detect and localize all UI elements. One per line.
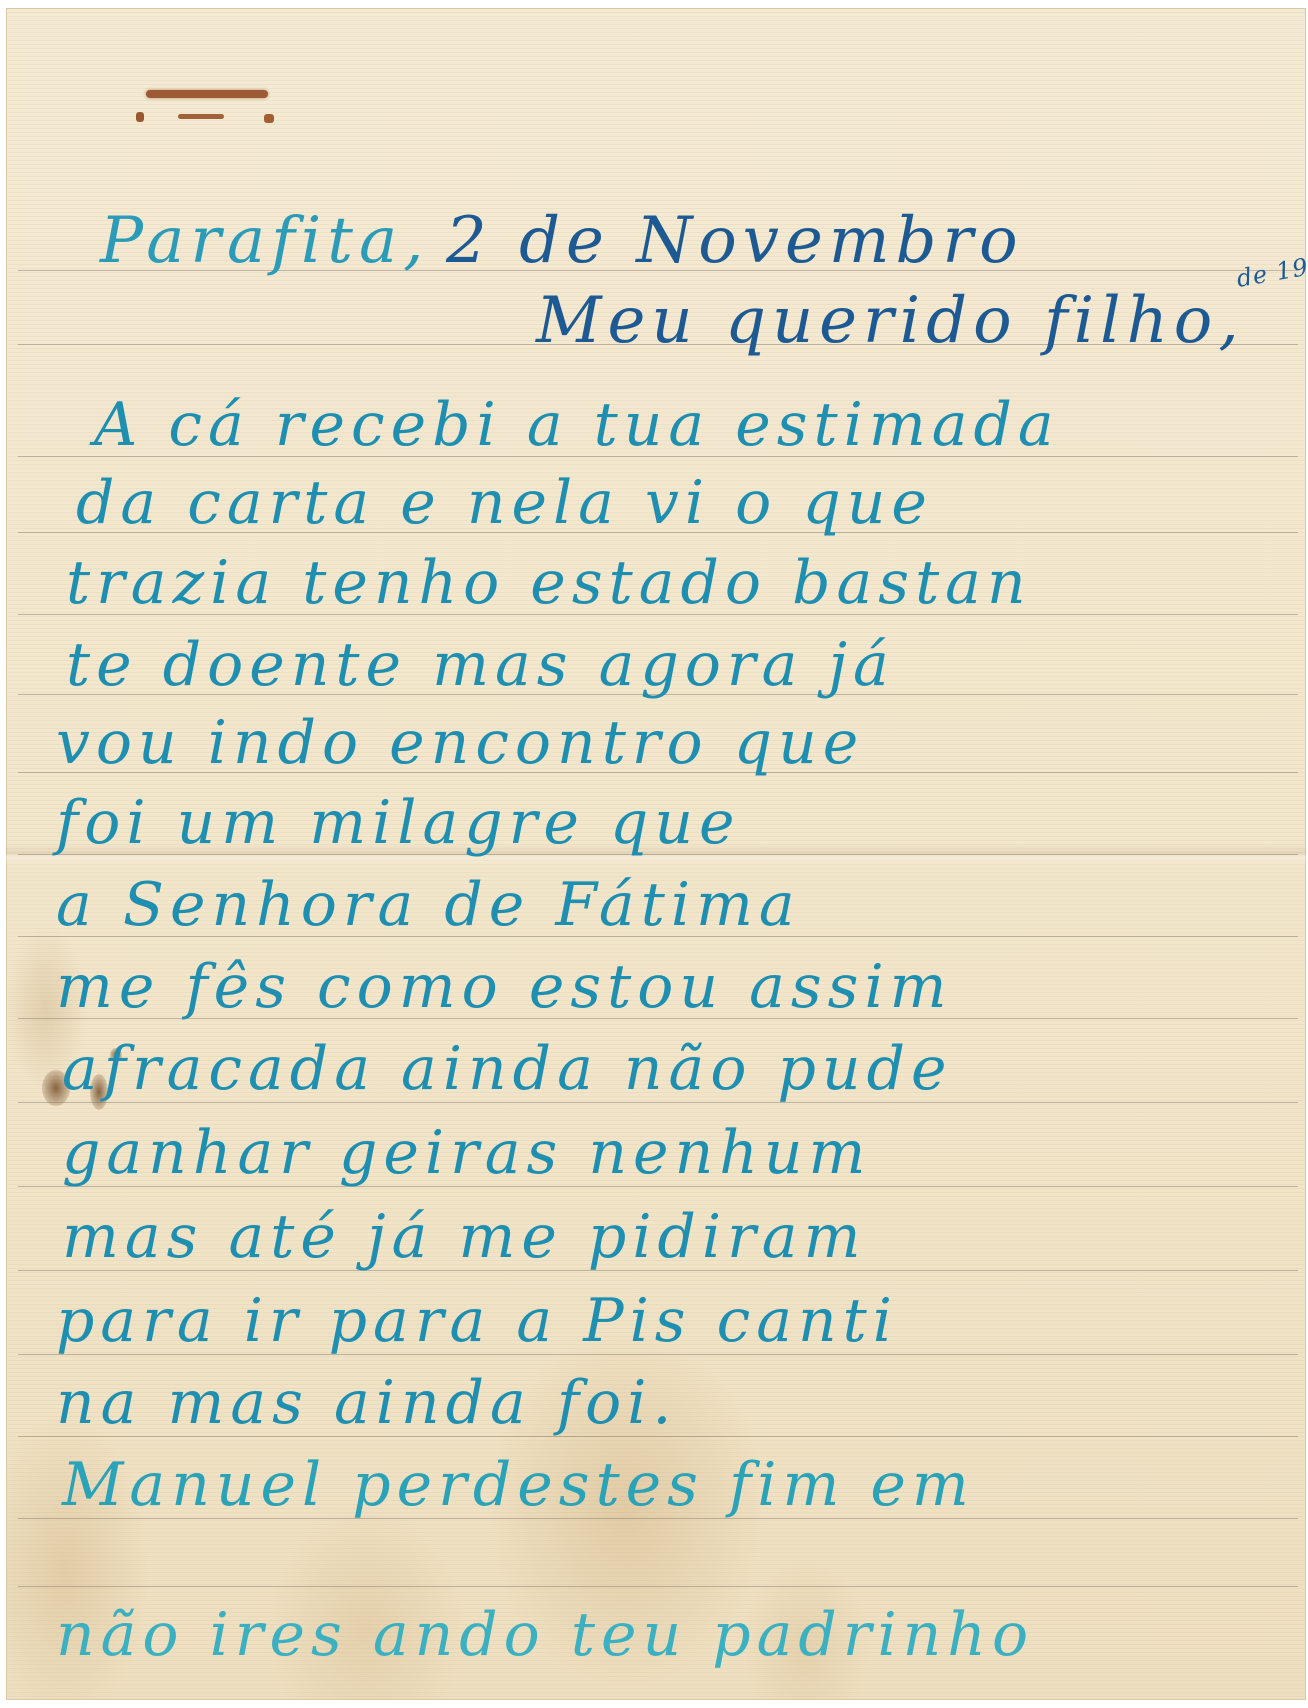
staple-rust-mark <box>178 114 224 119</box>
letter-line: me fês como estou assim <box>56 952 953 1022</box>
letter-year: de 1942 <box>1234 247 1308 293</box>
letter-salutation: Meu querido filho, <box>536 284 1245 358</box>
letter-line: na mas ainda foi. <box>56 1368 677 1438</box>
letter-line: não ires ando teu padrinho <box>56 1600 1034 1670</box>
ruled-line <box>18 1586 1298 1587</box>
letter-line: da carta e nela vi o que <box>76 468 933 538</box>
letter-line: vou indo encontro que <box>56 708 864 778</box>
letter-line: ganhar geiras nenhum <box>62 1118 871 1188</box>
letter-line: a Senhora de Fátima <box>56 870 801 940</box>
letter-date: 2 de Novembro <box>446 204 1024 278</box>
letter-line: mas até já me pidiram <box>62 1202 866 1272</box>
letter-line: te doente mas agora já <box>66 630 895 700</box>
letter-line: A cá recebi a tua estimada <box>94 390 1060 460</box>
letter-line: para ir para a Pis canti <box>56 1286 898 1356</box>
staple-rust-mark <box>146 90 268 98</box>
letter-line: Manuel perdestes fim em <box>62 1450 975 1520</box>
letter-line: afracada ainda não pude <box>62 1034 953 1104</box>
letter-line: trazia tenho estado bastan <box>66 548 1032 618</box>
staple-rust-mark <box>136 112 144 122</box>
letter-paper: Parafita, 2 de Novembro de 1942 Meu quer… <box>6 8 1306 1700</box>
staple-rust-mark <box>264 114 274 123</box>
letter-line: foi um milagre que <box>56 788 740 858</box>
letter-place: Parafita, <box>100 204 429 278</box>
